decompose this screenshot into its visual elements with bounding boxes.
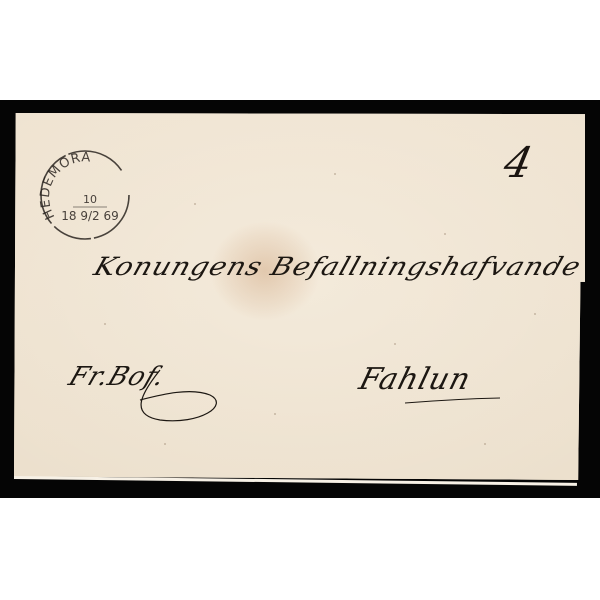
paper-speck (104, 323, 106, 325)
recipient-address: Konungens Befallningshafvande (90, 252, 585, 282)
city-underline (405, 397, 500, 405)
paper-speck (534, 313, 536, 315)
paper-speck (194, 203, 196, 205)
paper-speck (274, 413, 276, 415)
destination-city: Fahlun (355, 362, 475, 397)
paper-speck (444, 233, 446, 235)
paper-speck (164, 443, 166, 445)
postmark-day: 10 (83, 193, 97, 206)
signature-flourish (120, 365, 230, 425)
postmark-date: 18 9/2 69 (61, 209, 118, 223)
paper-speck (334, 173, 336, 175)
postmark-stamp: HEDEMORA 10 18 9/2 69 (35, 145, 135, 245)
paper-speck (394, 343, 396, 345)
paper-speck (484, 443, 486, 445)
